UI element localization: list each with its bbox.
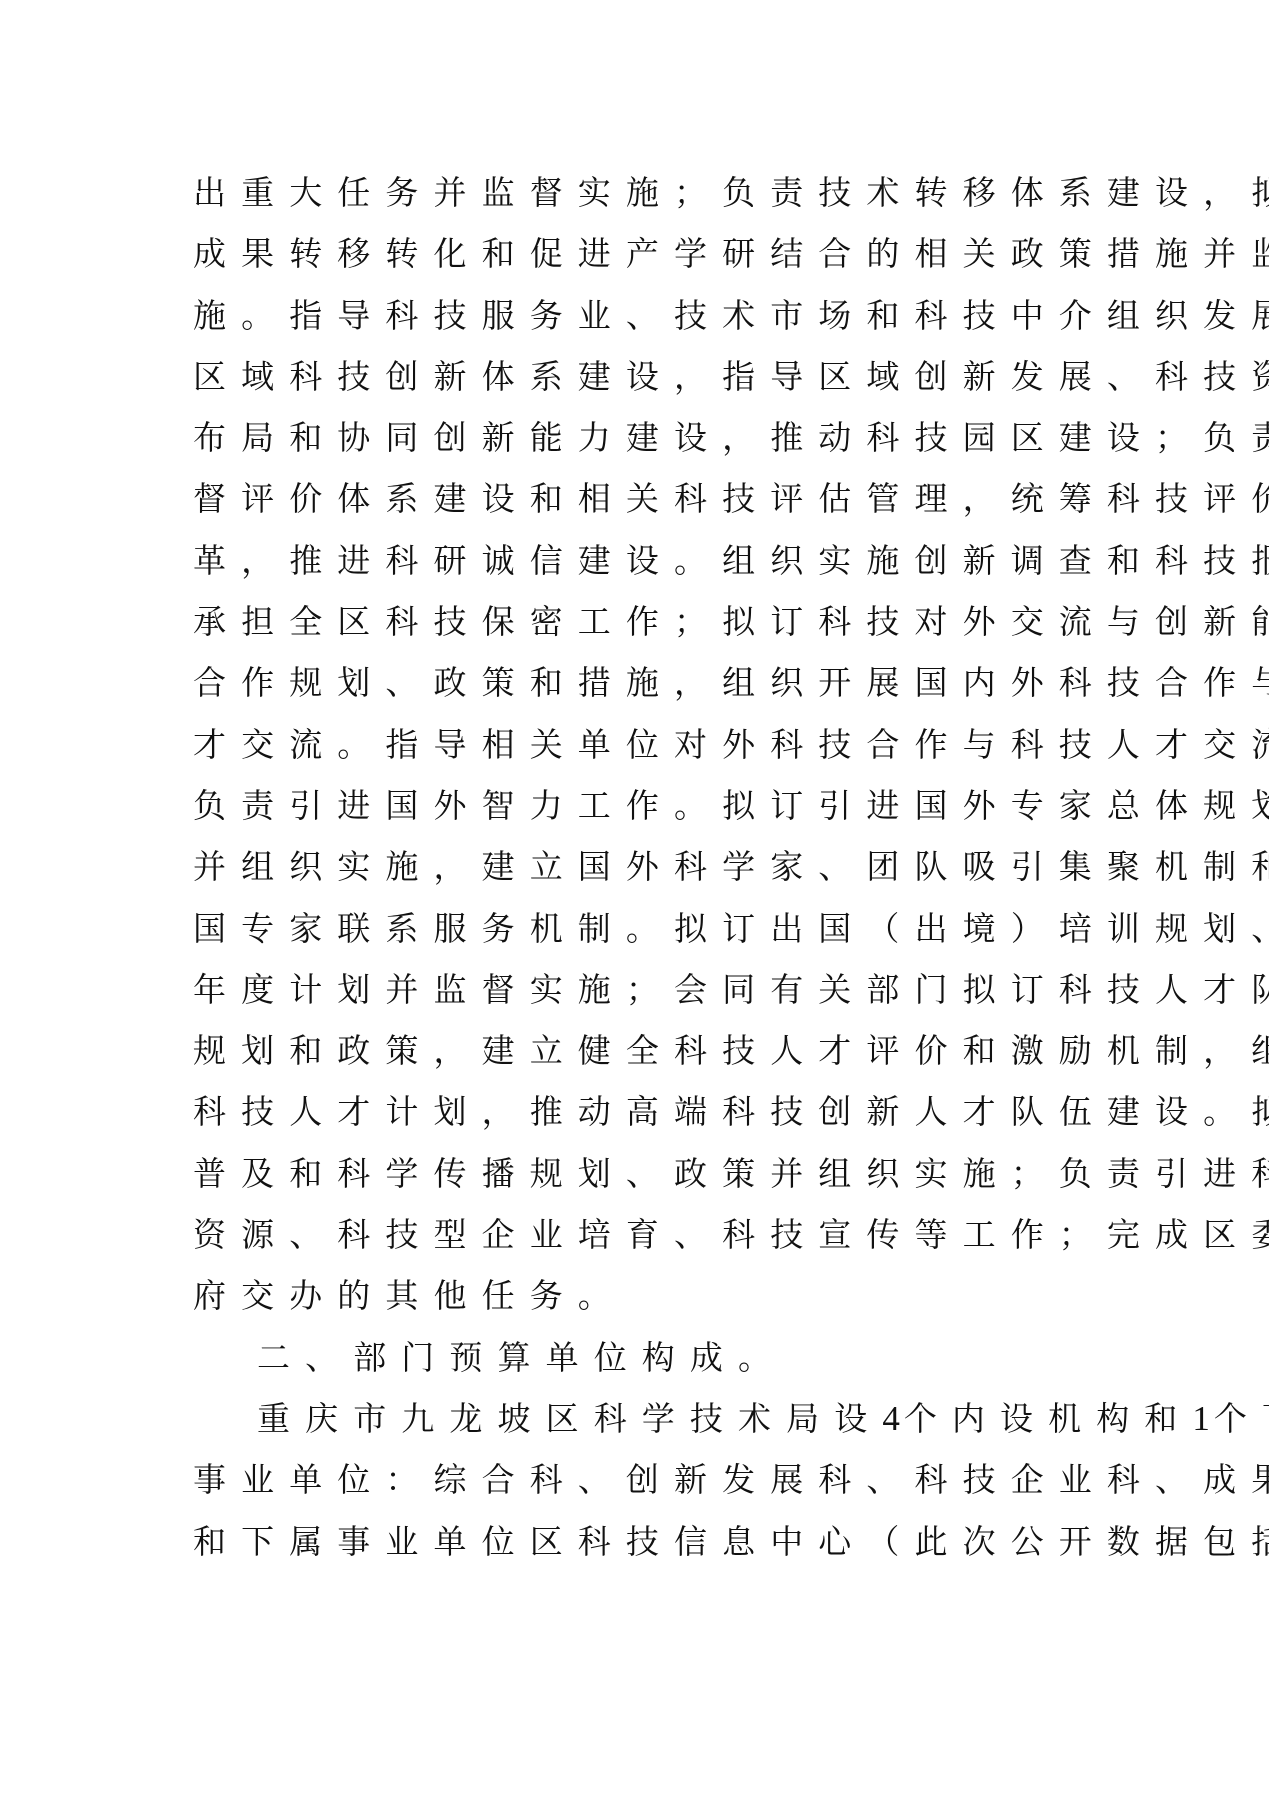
text-span: 个下属	[1214, 1399, 1269, 1438]
text-line: 布局和协同创新能力建设，推动科技园区建设；负责科技监	[193, 407, 1077, 468]
text-line: 事业单位：综合科、创新发展科、科技企业科、成果转化科	[193, 1449, 1077, 1510]
text-line: 普及和科学传播规划、政策并组织实施；负责引进科技创新	[193, 1143, 1077, 1204]
text-line: 成果转移转化和促进产学研结合的相关政策措施并监督实	[193, 223, 1077, 284]
document-page: 出重大任务并监督实施；负责技术转移体系建设，拟订科技 成果转移转化和促进产学研结…	[0, 0, 1269, 1795]
text-span: 重庆市九龙坡区科学技术局设	[257, 1399, 882, 1438]
text-line: 重庆市九龙坡区科学技术局设4个内设机构和1个下属	[193, 1388, 1077, 1449]
text-line: 资源、科技型企业培育、科技宣传等工作；完成区委、区政	[193, 1204, 1077, 1265]
text-line: 合作规划、政策和措施，组织开展国内外科技合作与科技人	[193, 652, 1077, 713]
text-line: 才交流。指导相关单位对外科技合作与科技人才交流工作；	[193, 714, 1077, 775]
internal-units-count: 4	[882, 1399, 904, 1438]
text-span: 个内设机构和	[904, 1399, 1193, 1438]
text-line: 国专家联系服务机制。拟订出国（出境）培训规划、政策和	[193, 898, 1077, 959]
text-line: 府交办的其他任务。	[193, 1265, 1077, 1326]
text-line: 督评价体系建设和相关科技评估管理，统筹科技评价机制改	[193, 468, 1077, 529]
text-line: 负责引进国外智力工作。拟订引进国外专家总体规划、计划	[193, 775, 1077, 836]
text-line: 并组织实施，建立国外科学家、团队吸引集聚机制和重点外	[193, 836, 1077, 897]
text-line: 和下属事业单位区科技信息中心（此次公开数据包括下属事	[193, 1511, 1077, 1572]
text-line: 出重大任务并监督实施；负责技术转移体系建设，拟订科技	[193, 162, 1077, 223]
text-line: 承担全区科技保密工作；拟订科技对外交流与创新能力开放	[193, 591, 1077, 652]
document-body: 出重大任务并监督实施；负责技术转移体系建设，拟订科技 成果转移转化和促进产学研结…	[193, 162, 1077, 1572]
text-line: 施。指导科技服务业、技术市场和科技中介组织发展；统筹	[193, 285, 1077, 346]
text-line: 年度计划并监督实施；会同有关部门拟订科技人才队伍建设	[193, 959, 1077, 1020]
subordinate-units-count: 1	[1192, 1399, 1214, 1438]
paragraph-responsibilities: 出重大任务并监督实施；负责技术转移体系建设，拟订科技 成果转移转化和促进产学研结…	[193, 162, 1077, 1327]
text-line: 规划和政策，建立健全科技人才评价和激励机制，组织实施	[193, 1020, 1077, 1081]
text-line: 革，推进科研诚信建设。组织实施创新调查和科技报告制度，	[193, 530, 1077, 591]
text-line: 科技人才计划，推动高端科技创新人才队伍建设。拟订科学	[193, 1081, 1077, 1142]
text-line: 区域科技创新体系建设，指导区域创新发展、科技资源合理	[193, 346, 1077, 407]
paragraph-budget-units: 重庆市九龙坡区科学技术局设4个内设机构和1个下属 事业单位：综合科、创新发展科、…	[193, 1388, 1077, 1572]
section-heading: 二、部门预算单位构成。	[193, 1327, 1077, 1388]
